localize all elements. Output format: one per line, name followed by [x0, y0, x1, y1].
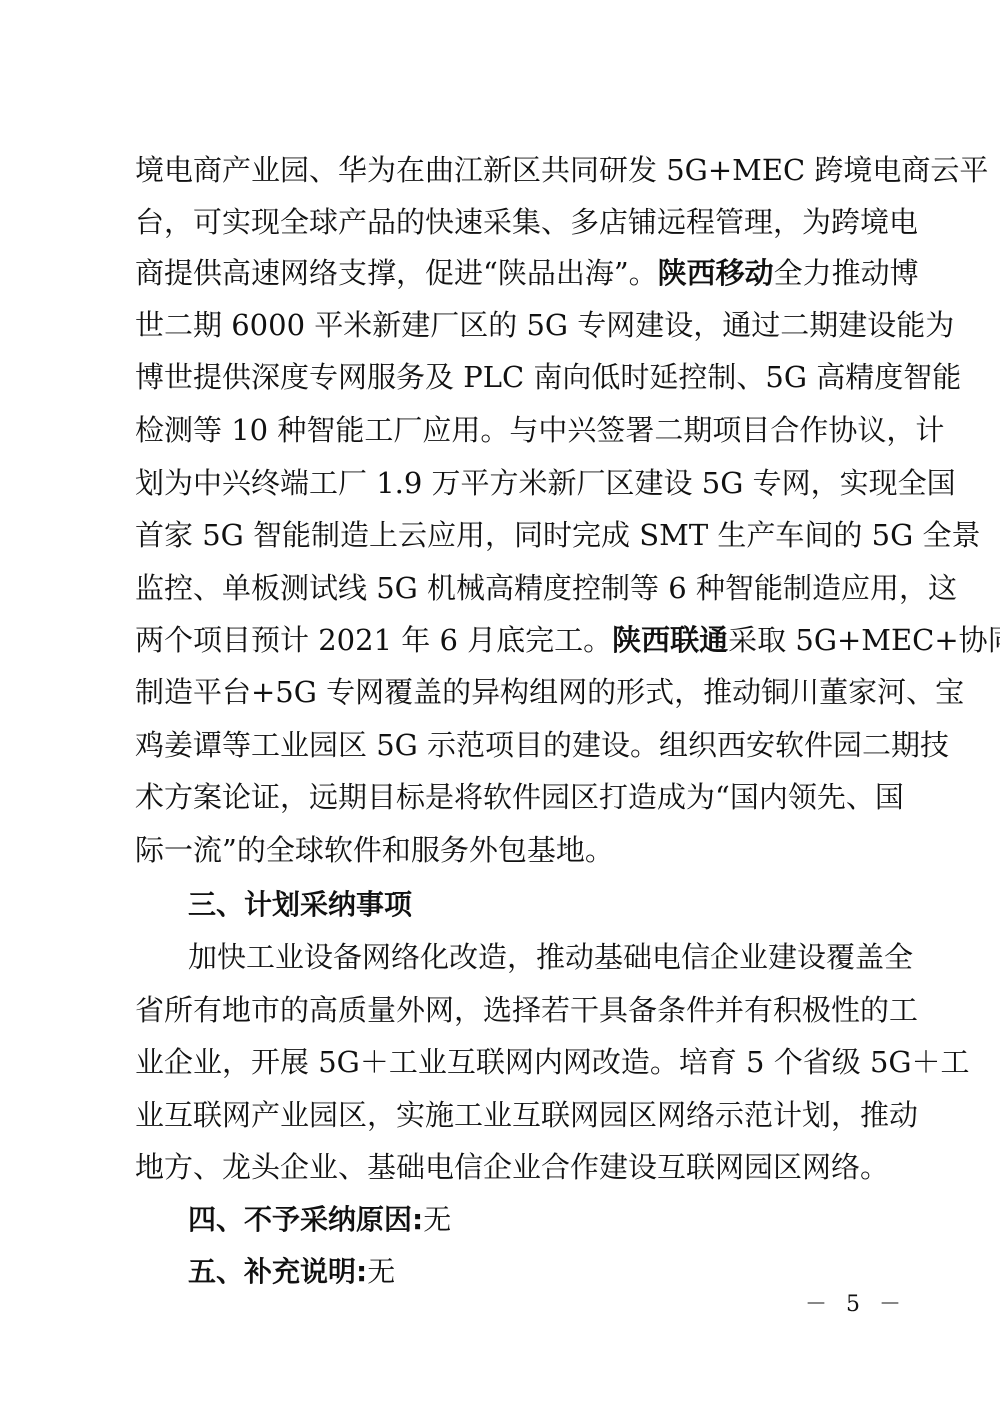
- body-text: 商提供高速网络支撑，促进“陕品出海”。: [135, 256, 658, 290]
- document-page: 境电商产业园、华为在曲江新区共同研发 5G+MEC 跨境电商云平 台，可实现全球…: [0, 0, 1000, 1414]
- org-name-shaanxi-unicom: 陕西联通: [612, 623, 728, 657]
- body-line: 检测等 10 种智能工厂应用。与中兴签署二期项目合作协议，计: [135, 410, 865, 450]
- section-heading-5: 五、补充说明:无: [188, 1252, 395, 1292]
- body-line: 术方案论证，远期目标是将软件园区打造成为“国内领先、国: [135, 777, 865, 817]
- body-line: 商提供高速网络支撑，促进“陕品出海”。陕西移动全力推动博: [135, 253, 865, 293]
- body-line: 博世提供深度专网服务及 PLC 南向低时延控制、5G 高精度智能: [135, 357, 865, 397]
- section-5-label: 五、补充说明:: [188, 1255, 367, 1288]
- page-number: － 5 －: [805, 1290, 907, 1320]
- body-text: 两个项目预计 2021 年 6 月底完工。: [135, 623, 612, 657]
- body-text: 采取 5G+MEC+协同: [728, 623, 1000, 657]
- body-line: 划为中兴终端工厂 1.9 万平方米新厂区建设 5G 专网，实现全国: [135, 463, 865, 503]
- body-text: 全力推动博: [774, 256, 919, 290]
- org-name-shaanxi-mobile: 陕西移动: [658, 256, 774, 290]
- body-line: 制造平台+5G 专网覆盖的异构组网的形式，推动铜川董家河、宝: [135, 672, 865, 712]
- body-line: 世二期 6000 平米新建厂区的 5G 专网建设，通过二期建设能为: [135, 305, 865, 345]
- body-line: 际一流”的全球软件和服务外包基地。: [135, 830, 865, 870]
- body-line: 业企业，开展 5G＋工业互联网内网改造。培育 5 个省级 5G＋工: [135, 1042, 865, 1082]
- body-line: 省所有地市的高质量外网，选择若干具备条件并有积极性的工: [135, 990, 865, 1030]
- section-5-value: 无: [367, 1255, 395, 1288]
- body-line: 地方、龙头企业、基础电信企业合作建设互联网园区网络。: [135, 1147, 865, 1187]
- body-line: 台，可实现全球产品的快速采集、多店铺远程管理，为跨境电: [135, 202, 865, 242]
- section-4-value: 无: [423, 1203, 451, 1236]
- body-line: 加快工业设备网络化改造，推动基础电信企业建设覆盖全: [188, 937, 865, 977]
- body-line: 首家 5G 智能制造上云应用，同时完成 SMT 生产车间的 5G 全景: [135, 515, 865, 555]
- body-line: 两个项目预计 2021 年 6 月底完工。陕西联通采取 5G+MEC+协同: [135, 620, 865, 660]
- body-line: 境电商产业园、华为在曲江新区共同研发 5G+MEC 跨境电商云平: [135, 150, 865, 190]
- body-line: 业互联网产业园区，实施工业互联网园区网络示范计划，推动: [135, 1095, 865, 1135]
- section-heading-3: 三、计划采纳事项: [188, 885, 412, 925]
- body-line: 鸡姜谭等工业园区 5G 示范项目的建设。组织西安软件园二期技: [135, 725, 865, 765]
- section-4-label: 四、不予采纳原因:: [188, 1203, 423, 1236]
- section-heading-4: 四、不予采纳原因:无: [188, 1200, 451, 1240]
- body-line: 监控、单板测试线 5G 机械高精度控制等 6 种智能制造应用，这: [135, 568, 865, 608]
